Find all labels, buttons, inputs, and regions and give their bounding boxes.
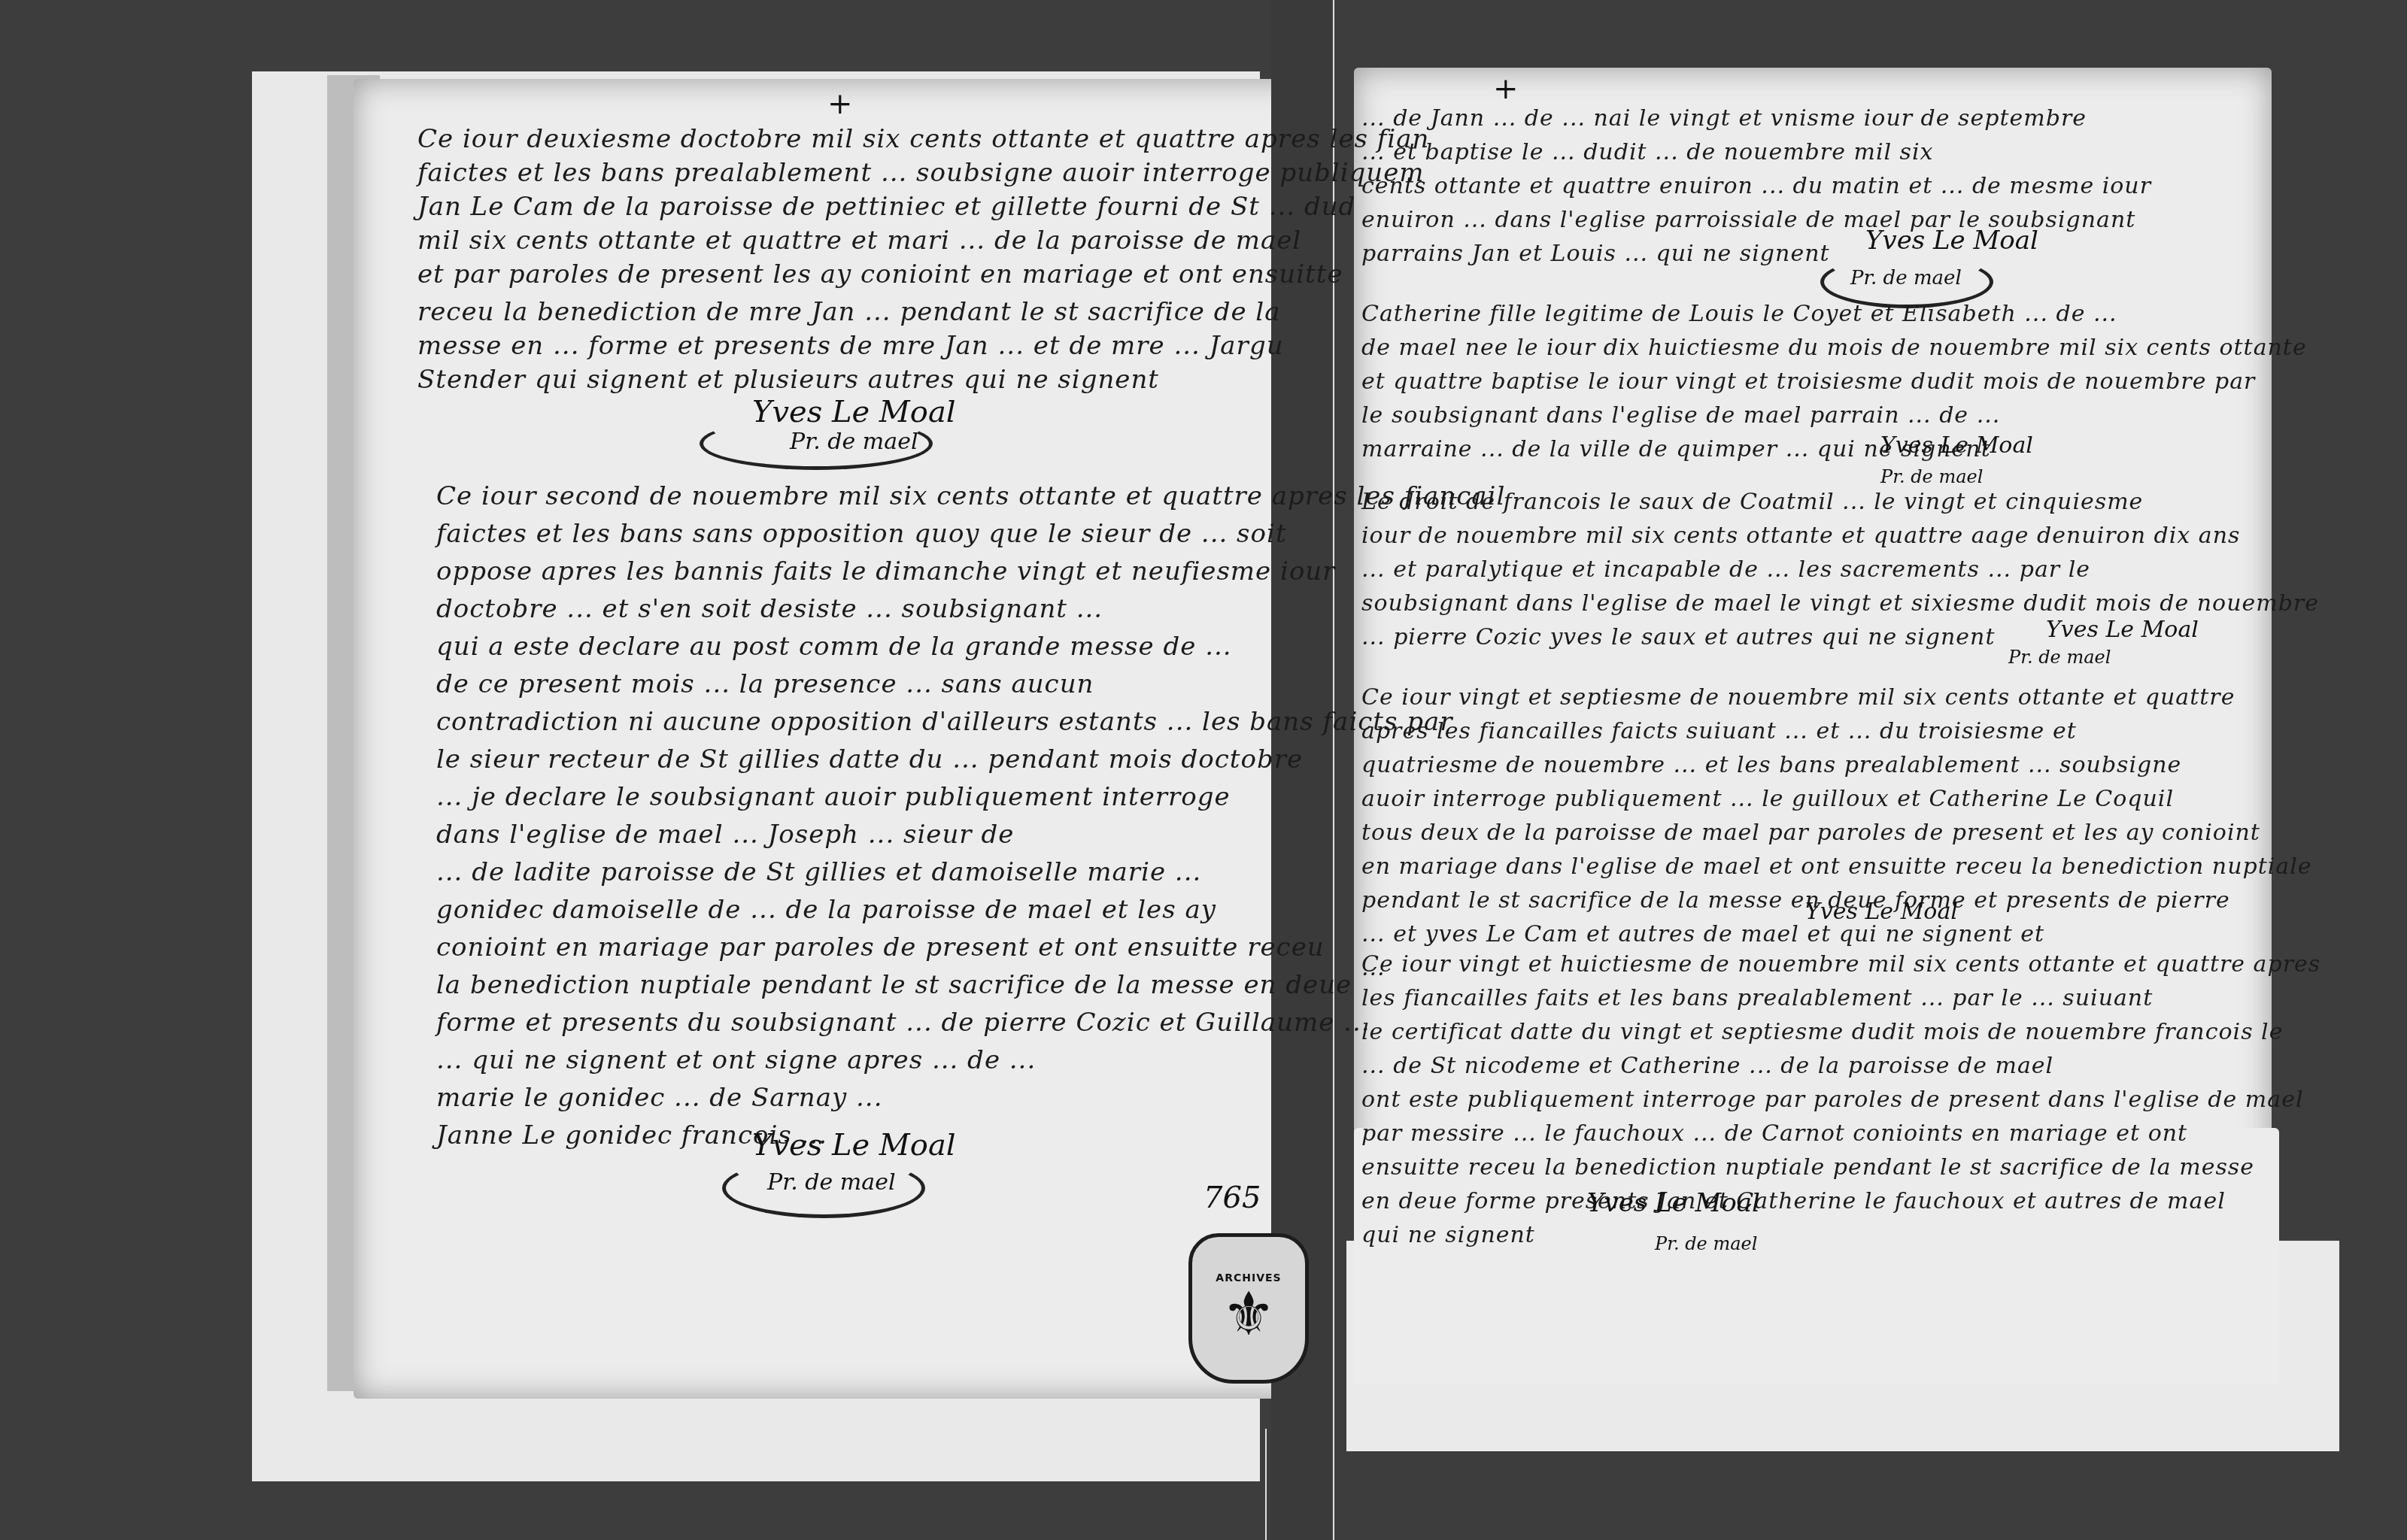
signature-flourish xyxy=(700,417,933,470)
signature-subtitle: Pr. de mael xyxy=(1655,1233,1757,1254)
text-line: par messire ... le fauchoux ... de Carno… xyxy=(1361,1120,2187,1147)
text-line: Catherine fille legitime de Louis le Coy… xyxy=(1361,301,2117,327)
gutter-line-2 xyxy=(1265,1429,1267,1540)
text-line: le soubsignant dans l'eglise de mael par… xyxy=(1361,402,2000,429)
text-line: conioint en mariage par paroles de prese… xyxy=(436,932,1325,962)
text-line: auoir interroge publiquement ... le guil… xyxy=(1361,786,2174,812)
text-line: et quattre baptise le iour vingt et troi… xyxy=(1361,368,2255,395)
signature-flourish xyxy=(722,1158,925,1218)
text-line: de mael nee le iour dix huictiesme du mo… xyxy=(1361,335,2307,361)
text-line: et par paroles de present les ay conioin… xyxy=(417,259,1343,290)
gutter-line xyxy=(1333,0,1334,1540)
text-line: tous deux de la paroisse de mael par par… xyxy=(1361,820,2260,846)
text-line: qui ne signent xyxy=(1361,1222,1535,1248)
text-line: Stender qui signent et plusieurs autres … xyxy=(417,365,1159,395)
text-line: ... et yves Le Cam et autres de mael et … xyxy=(1361,921,2044,947)
text-line: le sieur recteur de St gillies datte du … xyxy=(436,744,1303,775)
text-line: iour de nouembre mil six cents ottante e… xyxy=(1361,523,2240,549)
text-line: en mariage dans l'eglise de mael et ont … xyxy=(1361,853,2312,880)
text-line: faictes et les bans prealablement ... so… xyxy=(417,158,1425,188)
signature-subtitle: Pr. de mael xyxy=(1880,466,1983,487)
signature: Yves Le Moal xyxy=(2046,617,2199,643)
folio-number: 765 xyxy=(1203,1181,1261,1215)
signature: Yves Le Moal xyxy=(1865,226,2038,256)
text-line: gonidec damoiselle de ... de la paroisse… xyxy=(436,895,1216,925)
text-line: forme et presents du soubsignant ... de … xyxy=(436,1008,1370,1038)
text-line: Ce iour second de nouembre mil six cents… xyxy=(436,481,1505,511)
text-line: les fiancailles faits et les bans preala… xyxy=(1361,985,2153,1011)
text-line: ont este publiquement interroge par paro… xyxy=(1361,1087,2304,1113)
text-line: receu la benediction de mre Jan ... pend… xyxy=(417,297,1281,327)
text-line: ... de Jann ... de ... nai le vingt et v… xyxy=(1361,105,2087,132)
text-line: Ce iour vingt et huictiesme de nouembre … xyxy=(1361,951,2320,978)
text-line: la benediction nuptiale pendant le st sa… xyxy=(436,970,1352,1000)
fleur-de-lis-icon: ⚜ xyxy=(1222,1284,1276,1344)
signature: Yves Le Moal xyxy=(1805,899,1958,925)
archive-stamp: ARCHIVES ⚜ xyxy=(1188,1233,1309,1384)
text-line: contradiction ni aucune opposition d'ail… xyxy=(436,707,1453,737)
text-line: en deue forme presents Jan et Catherine … xyxy=(1361,1188,2226,1214)
text-line: pendant le st sacrifice de la messe en d… xyxy=(1361,887,2230,914)
text-line: apres les fiancailles faicts suiuant ...… xyxy=(1361,718,2077,744)
left-header-mark: + xyxy=(827,86,853,121)
signature-subtitle: Pr. de mael xyxy=(2008,647,2111,668)
text-line: Ce iour vingt et septiesme de nouembre m… xyxy=(1361,684,2235,711)
text-line: ... pierre Cozic yves le saux et autres … xyxy=(1361,624,1996,650)
text-line: soubsignant dans l'eglise de mael le vin… xyxy=(1361,590,2319,617)
text-line: marie le gonidec ... de Sarnay ... xyxy=(436,1083,882,1113)
text-line: doctobre ... et s'en soit desiste ... so… xyxy=(436,594,1103,624)
text-line: ... je declare le soubsignant auoir publ… xyxy=(436,782,1231,812)
text-line: ... et baptise le ... dudit ... de nouem… xyxy=(1361,139,1934,165)
signature: Yves Le Moal xyxy=(752,1128,956,1163)
right-header-mark: + xyxy=(1493,71,1519,106)
text-line: ... de St nicodeme et Catherine ... de l… xyxy=(1361,1053,2053,1079)
text-line: ... de ladite paroisse de St gillies et … xyxy=(436,857,1201,887)
signature: Yves Le Moal xyxy=(1880,432,2033,459)
text-line: oppose apres les bannis faits le dimanch… xyxy=(436,556,1336,587)
text-line: de ce present mois ... la presence ... s… xyxy=(436,669,1094,699)
text-line: Jan Le Cam de la paroisse de pettiniec e… xyxy=(417,192,1355,222)
text-line: mil six cents ottante et quattre et mari… xyxy=(417,226,1301,256)
text-line: cents ottante et quattre enuiron ... du … xyxy=(1361,173,2151,199)
text-line: ... et paralytique et incapable de ... l… xyxy=(1361,556,2090,583)
text-line: messe en ... forme et presents de mre Ja… xyxy=(417,331,1284,361)
text-line: parrains Jan et Louis ... qui ne signent xyxy=(1361,241,1830,267)
text-line: le certificat datte du vingt et septiesm… xyxy=(1361,1019,2283,1045)
text-line: dans l'eglise de mael ... Joseph ... sie… xyxy=(436,820,1014,850)
text-line: Le droit de francois le saux de Coatmil … xyxy=(1361,489,2143,515)
text-line: ensuitte receu la benediction nuptiale p… xyxy=(1361,1154,2254,1181)
text-line: qui a este declare au post comm de la gr… xyxy=(436,632,1232,662)
signature: Yves Le Moal xyxy=(1587,1188,1760,1218)
text-line: quatriesme de nouembre ... et les bans p… xyxy=(1361,752,2181,778)
text-line: faictes et les bans sans opposition quoy… xyxy=(436,519,1287,549)
text-line: ... qui ne signent et ont signe apres ..… xyxy=(436,1045,1036,1075)
text-line: Ce iour deuxiesme doctobre mil six cents… xyxy=(417,124,1429,154)
